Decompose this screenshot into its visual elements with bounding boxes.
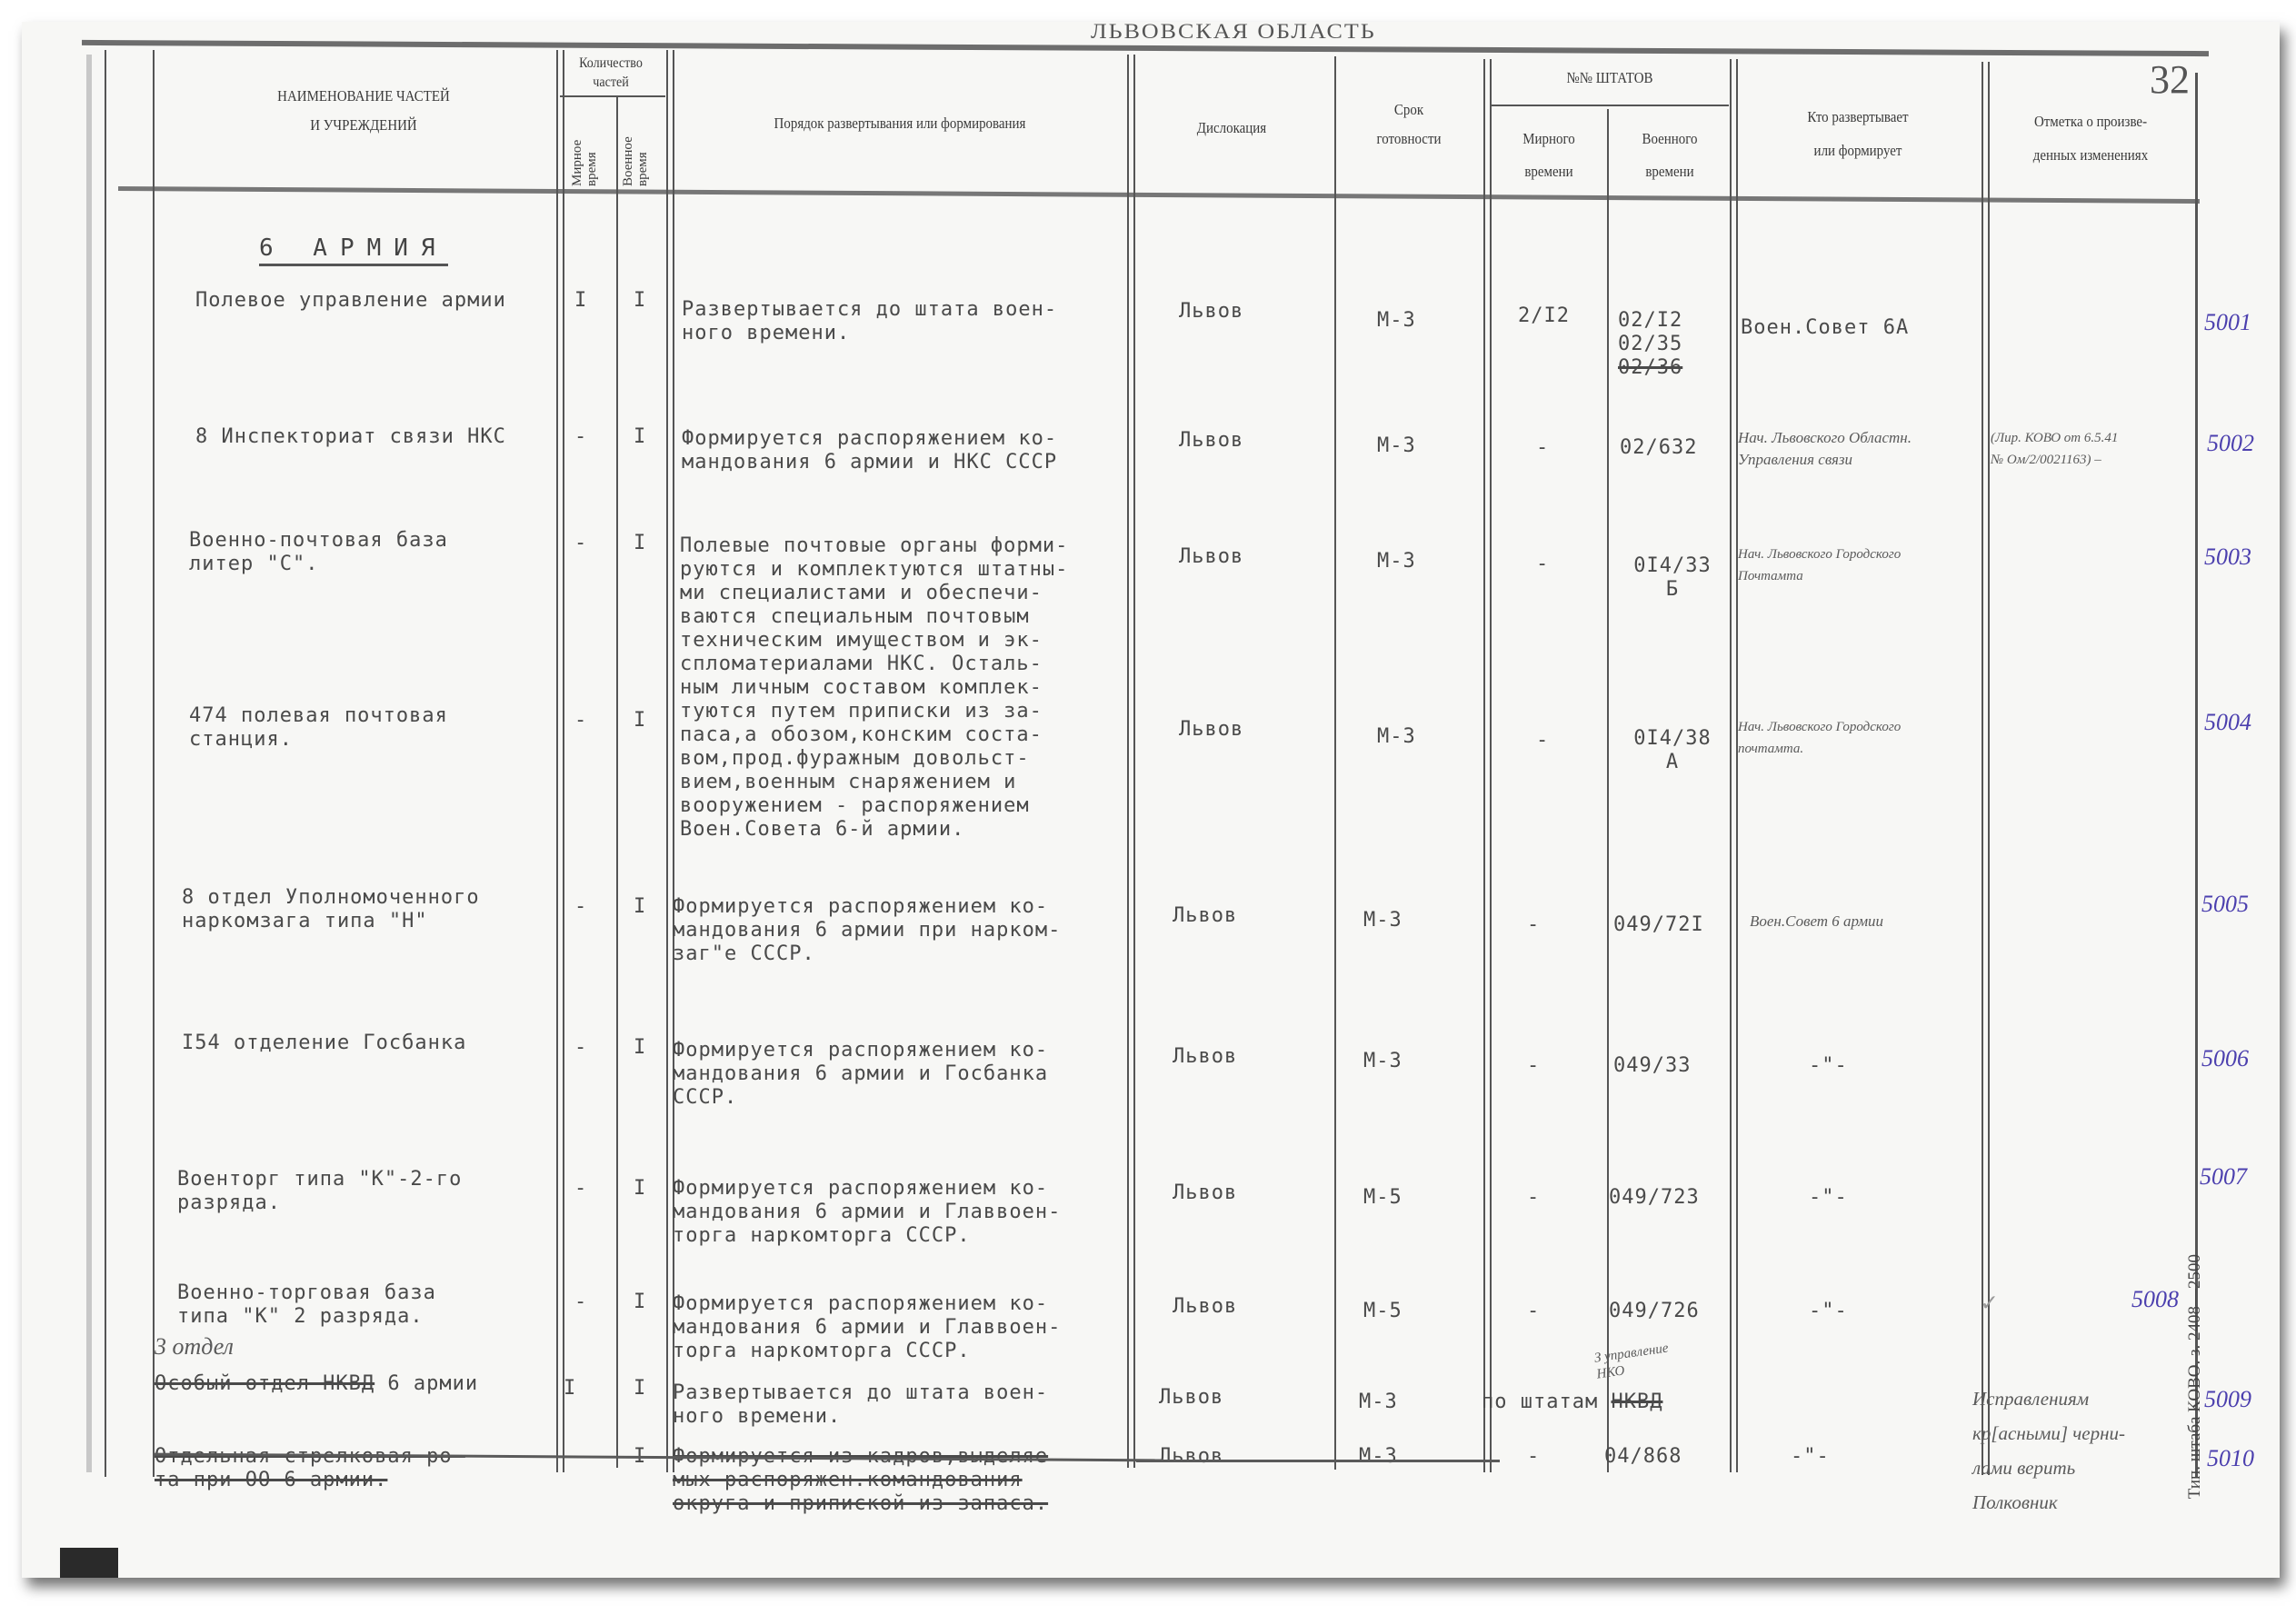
unit-name: Военторг типа "К"-2-го разряда. xyxy=(177,1168,462,1215)
procedure: Формируется распоряжением ко- мандования… xyxy=(673,1039,1048,1110)
staff-peace: - xyxy=(1527,1445,1540,1469)
procedure: Развертывается до штата воен- ного време… xyxy=(682,298,1057,345)
who-forms-handwritten: Нач. Львовского Городского почтамта. xyxy=(1738,716,1901,760)
readiness: М-5 xyxy=(1363,1186,1403,1210)
staff-peace: - xyxy=(1536,436,1549,460)
unit-name-struck: Особый отдел НКВД xyxy=(155,1372,374,1395)
unit-name: Полевое управление армии xyxy=(195,289,506,313)
staff-war: 02/632 xyxy=(1620,436,1697,460)
header-changes: Отметка о произве- денных изменениях xyxy=(2000,105,2182,173)
count-peace: I xyxy=(574,289,587,313)
column-divider xyxy=(1982,62,1990,1475)
archive-number: 5001 xyxy=(2204,309,2251,336)
who-forms: -"- xyxy=(1791,1445,1830,1469)
count-war: I xyxy=(634,425,646,449)
who-forms: Воен.Совет 6А xyxy=(1741,316,1909,340)
header-count-war: Военное время xyxy=(622,109,651,186)
procedure: Формируется распоряжением ко- мандования… xyxy=(673,1292,1061,1363)
header-staff-war: Военного времени xyxy=(1618,123,1722,187)
binding-edge xyxy=(86,55,92,1472)
section-title: 6 АРМИЯ xyxy=(259,234,448,266)
location: Львов xyxy=(1179,718,1243,742)
readiness: М-3 xyxy=(1377,309,1416,333)
column-divider xyxy=(1607,109,1609,1472)
staff-war: 049/72I xyxy=(1613,913,1704,937)
who-forms-handwritten: Воен.Совет 6 армии xyxy=(1750,911,1883,932)
procedure: Формируется распоряжением ко- мандования… xyxy=(673,895,1061,966)
unit-name: 8 Инспекториат связи НКС xyxy=(195,425,506,449)
column-divider xyxy=(1127,55,1135,1468)
binding-clip xyxy=(60,1548,118,1578)
staff-peace: - xyxy=(1527,1300,1540,1323)
count-war: I xyxy=(634,1177,646,1201)
readiness: М-3 xyxy=(1363,909,1403,932)
count-peace: - xyxy=(574,1036,587,1060)
column-divider xyxy=(1334,56,1336,1470)
who-forms: -"- xyxy=(1809,1186,1848,1210)
who-forms-handwritten: Нач. Львовского Городского Почтамта xyxy=(1738,543,1901,587)
count-war: I xyxy=(634,532,646,555)
column-divider xyxy=(153,50,155,1477)
unit-name: Военно-торговая база типа "К" 2 разряда. xyxy=(177,1281,436,1329)
staff-peace: - xyxy=(1536,553,1549,576)
count-peace: - xyxy=(574,895,587,919)
staff-peace: - xyxy=(1536,729,1549,753)
archive-number: 5004 xyxy=(2204,709,2251,736)
count-peace: - xyxy=(574,1291,587,1314)
location: Львов xyxy=(1179,300,1243,324)
certification-note-handwritten: Исправлениям кр[асными] черни- лами вери… xyxy=(1972,1381,2125,1520)
staff-war: 049/726 xyxy=(1609,1300,1700,1323)
procedure: Развертывается до штата воен- ного време… xyxy=(673,1381,1048,1429)
unit-name-struck: Отдельная стрелковая ро- та при ОО 6 арм… xyxy=(155,1445,465,1492)
archive-number: 5003 xyxy=(2204,543,2251,571)
staff-merged: по штатам НКВД xyxy=(1482,1391,1662,1414)
count-war: I xyxy=(634,1036,646,1060)
staff-war: 049/33 xyxy=(1613,1054,1691,1078)
header-staff-peace: Мирного времени xyxy=(1498,123,1601,187)
procedure: Формируется распоряжением ко- мандования… xyxy=(673,1177,1061,1248)
header-name: НАИМЕНОВАНИЕ ЧАСТЕЙ И УЧРЕЖДЕНИЙ xyxy=(204,82,524,141)
subheader-rule xyxy=(560,95,665,97)
archive-number: 5009 xyxy=(2204,1386,2251,1413)
count-peace: - xyxy=(574,532,587,555)
column-divider xyxy=(1730,59,1738,1472)
location: Львов xyxy=(1159,1386,1223,1410)
header-readiness: Срок готовности xyxy=(1345,95,1473,155)
unit-name: 8 отдел Уполномоченного наркомзага типа … xyxy=(182,886,480,933)
column-divider xyxy=(105,50,106,1477)
archive-number: 5005 xyxy=(2201,891,2249,918)
archive-number: 5008 xyxy=(2131,1286,2179,1313)
region-heading: ЛЬВОВСКАЯ ОБЛАСТЬ xyxy=(1091,20,1376,45)
location: Львов xyxy=(1179,429,1243,453)
count-war: I xyxy=(634,289,646,313)
header-count-group: Количество частей xyxy=(563,55,659,93)
count-war: I xyxy=(634,895,646,919)
staff-war-struck: 02/36 xyxy=(1618,356,1682,380)
readiness: М-3 xyxy=(1359,1391,1398,1414)
archive-number: 5010 xyxy=(2207,1445,2254,1472)
unit-name: I54 отделение Госбанка xyxy=(182,1032,466,1055)
staff-war: 04/868 xyxy=(1604,1445,1682,1469)
readiness: М-3 xyxy=(1377,434,1416,458)
readiness: М-3 xyxy=(1359,1445,1398,1469)
location: Львов xyxy=(1173,1045,1237,1069)
header-location: Дислокация xyxy=(1143,114,1320,143)
count-peace: - xyxy=(574,425,587,449)
header-count-peace: Мирное время xyxy=(571,109,600,186)
change-note-handwritten: (Лир. КОВО от 6.5.41 № Ом/2/0021163) – xyxy=(1991,427,2118,471)
who-forms-handwritten: Нач. Львовского Областн. Управления связ… xyxy=(1738,427,1912,471)
count-war: I xyxy=(634,709,646,733)
column-divider xyxy=(616,95,618,1468)
archive-number: 5002 xyxy=(2207,430,2254,457)
procedure: Формируется распоряжением ко- мандования… xyxy=(682,427,1057,474)
count-peace: - xyxy=(574,709,587,733)
staff-war: 049/723 xyxy=(1609,1186,1700,1210)
location: Львов xyxy=(1173,1181,1237,1205)
staff-peace: 2/I2 xyxy=(1518,304,1570,328)
page-number: 32 xyxy=(2150,56,2190,103)
location: Львов xyxy=(1159,1445,1223,1469)
unit-name: Особый отдел НКВД 6 армии xyxy=(155,1372,478,1396)
readiness: М-5 xyxy=(1363,1300,1403,1323)
count-peace: I xyxy=(564,1377,576,1401)
unit-name: 474 полевая почтовая станция. xyxy=(189,704,448,752)
readiness: М-3 xyxy=(1377,725,1416,749)
header-staff-group: №№ ШТАТОВ xyxy=(1505,64,1715,93)
procedure: Полевые почтовые органы форми- руются и … xyxy=(680,534,1068,842)
name-annotation-handwritten: 3 отдел xyxy=(155,1336,234,1358)
printer-mark: Тип. штаба КОВО. з. 2408—2500 xyxy=(2185,1254,2205,1499)
archive-number: 5007 xyxy=(2200,1163,2247,1191)
check-mark: ✓ xyxy=(1982,1291,1998,1314)
subheader-rule xyxy=(1491,105,1729,106)
header-procedure: Порядок развертывания или формирования xyxy=(704,109,1095,138)
who-forms: -"- xyxy=(1809,1300,1848,1323)
readiness: М-3 xyxy=(1377,550,1416,573)
count-war: I xyxy=(634,1377,646,1401)
column-divider xyxy=(666,50,674,1472)
column-divider xyxy=(1483,59,1492,1472)
staff-peace: - xyxy=(1527,1186,1540,1210)
staff-peace: - xyxy=(1527,1054,1540,1078)
staff-war: 0I4/33 Б xyxy=(1622,554,1722,602)
location: Львов xyxy=(1173,904,1237,928)
count-war: I xyxy=(634,1291,646,1314)
who-forms: -"- xyxy=(1809,1054,1848,1078)
strike-line xyxy=(1136,1460,1500,1462)
staff-war: 0I4/38 А xyxy=(1622,727,1722,774)
column-divider xyxy=(556,50,564,1472)
header-who: Кто развертывает или формирует xyxy=(1751,100,1965,168)
location: Львов xyxy=(1179,545,1243,569)
count-peace: - xyxy=(574,1177,587,1201)
unit-name: Военно-почтовая база литер "С". xyxy=(189,529,448,576)
archive-number: 5006 xyxy=(2201,1045,2249,1072)
staff-peace: - xyxy=(1527,913,1540,937)
readiness: М-3 xyxy=(1363,1050,1403,1073)
staff-war: 02/I2 02/35 xyxy=(1618,309,1682,356)
location: Львов xyxy=(1173,1295,1237,1319)
